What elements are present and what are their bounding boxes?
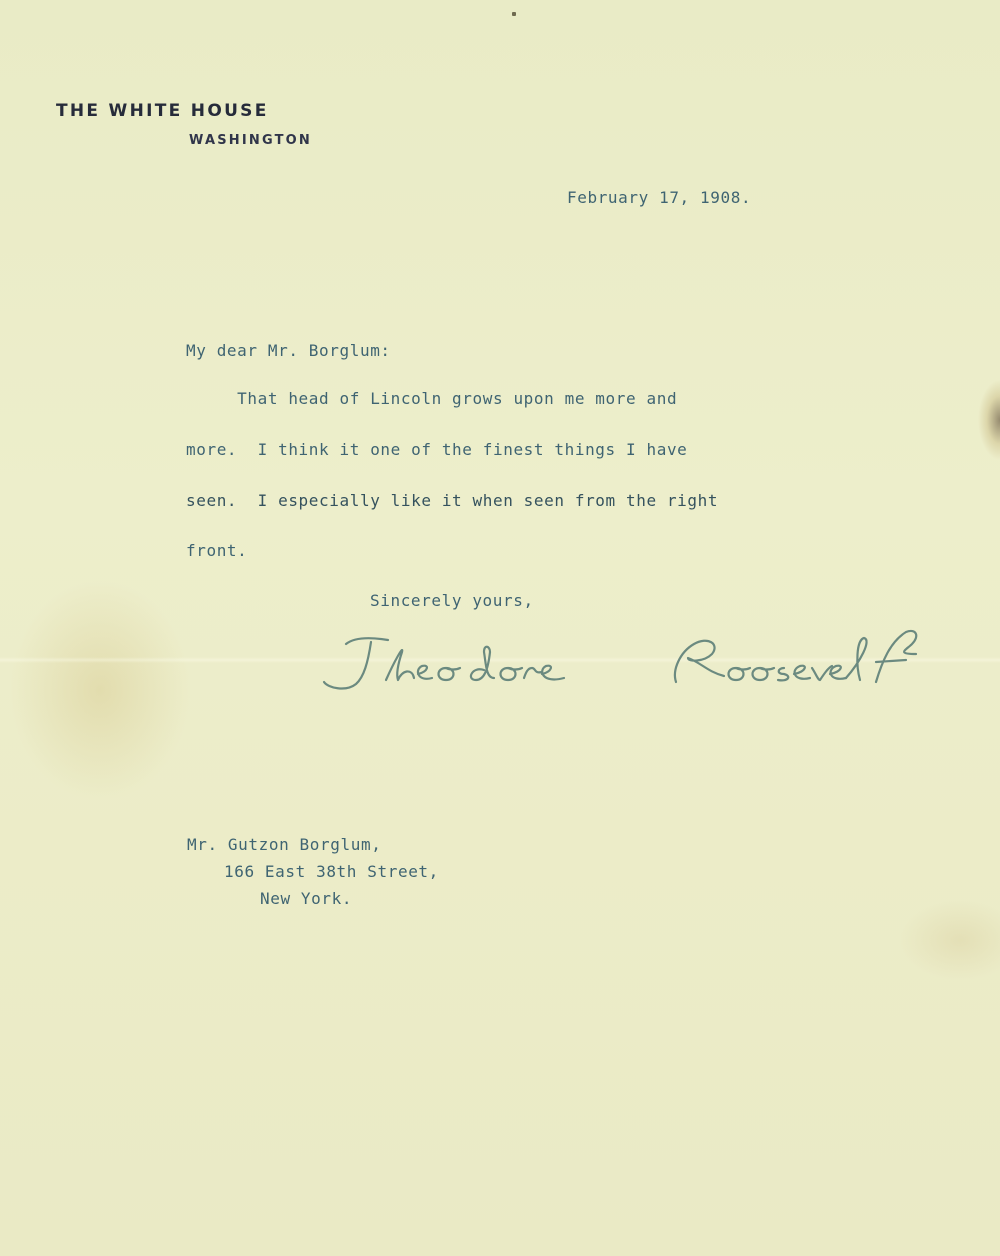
paper-speck <box>512 12 516 16</box>
body-line: more. I think it one of the finest thing… <box>186 440 687 459</box>
recipient-street: 166 East 38th Street, <box>224 862 439 881</box>
body-line: That head of Lincoln grows upon me more … <box>186 389 677 408</box>
letterhead-city: WASHINGTON <box>189 133 312 148</box>
recipient-city: New York. <box>260 889 352 908</box>
closing: Sincerely yours, <box>370 591 534 610</box>
body-line: seen. I especially like it when seen fro… <box>186 491 718 510</box>
recipient-name: Mr. Gutzon Borglum, <box>187 835 381 854</box>
handwritten-signature-icon <box>316 622 1000 702</box>
letterhead-title: THE WHITE HOUSE <box>56 101 269 121</box>
body-line: front. <box>186 541 247 560</box>
salutation: My dear Mr. Borglum: <box>186 341 391 360</box>
letter-date: February 17, 1908. <box>567 188 751 207</box>
signature <box>316 622 1000 702</box>
